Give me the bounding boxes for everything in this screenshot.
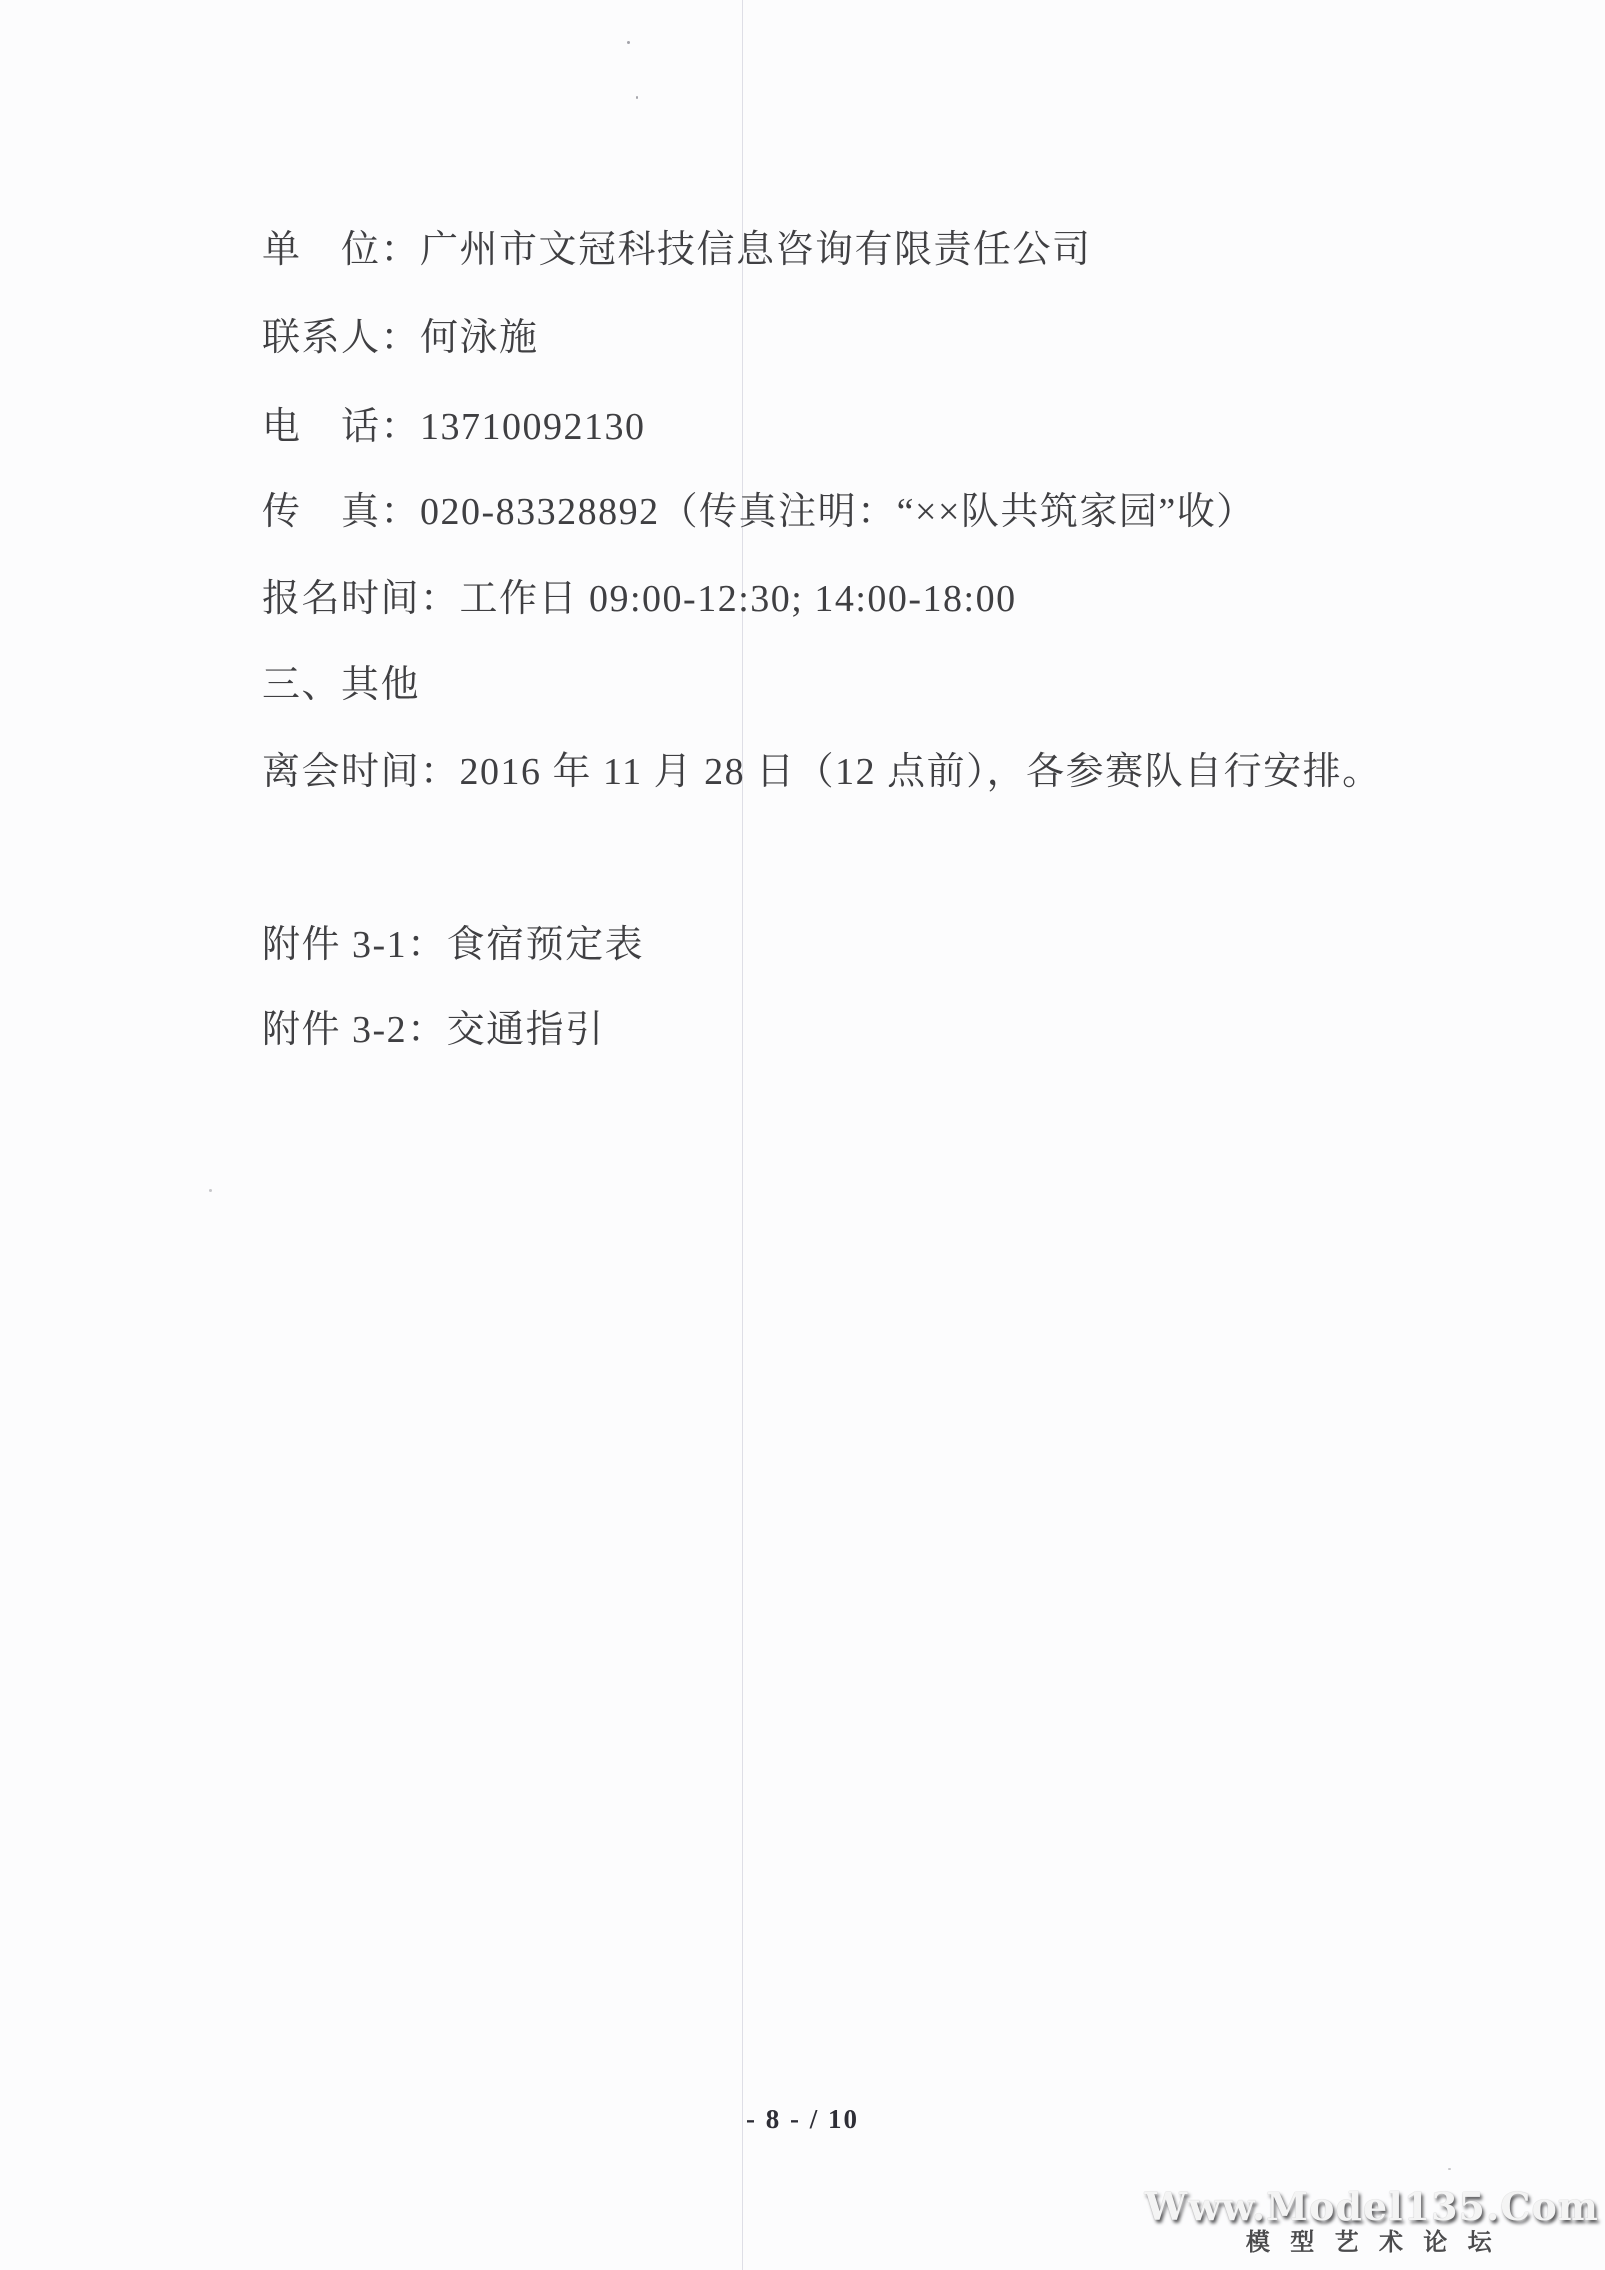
scan-speck	[636, 96, 638, 99]
scan-crease-line	[742, 0, 743, 2270]
section-heading-other: 三、其他	[262, 663, 420, 707]
line-unit: 单 位：广州市文冠科技信息咨询有限责任公司	[262, 228, 1092, 272]
line-departure-time: 离会时间：2016 年 11 月 28 日（12 点前），各参赛队自行安排。	[262, 750, 1382, 794]
scan-speck	[1448, 2168, 1451, 2170]
line-contact-person: 联系人：何泳施	[262, 316, 539, 360]
line-attachment-3-2: 附件 3-2：交通指引	[262, 1008, 605, 1052]
line-attachment-3-1: 附件 3-1：食宿预定表	[262, 923, 644, 967]
line-phone: 电 话：13710092130	[262, 405, 646, 449]
line-fax: 传 真：020-83328892（传真注明：“××队共筑家园”收）	[262, 490, 1256, 534]
watermark: Www.Model135.Com 模 型 艺 术 论 坛	[1145, 2187, 1599, 2256]
scanned-document-page: 单 位：广州市文冠科技信息咨询有限责任公司 联系人：何泳施 电 话：137100…	[0, 0, 1605, 2270]
watermark-site-url: Www.Model135.Com	[1145, 2187, 1599, 2227]
scan-speck	[627, 41, 630, 44]
scan-speck	[209, 1189, 212, 1192]
watermark-caption: 模 型 艺 术 论 坛	[1145, 2228, 1599, 2256]
page-number: - 8 - / 10	[746, 2104, 859, 2135]
line-registration-time: 报名时间：工作日 09:00-12:30; 14:00-18:00	[262, 577, 1017, 621]
